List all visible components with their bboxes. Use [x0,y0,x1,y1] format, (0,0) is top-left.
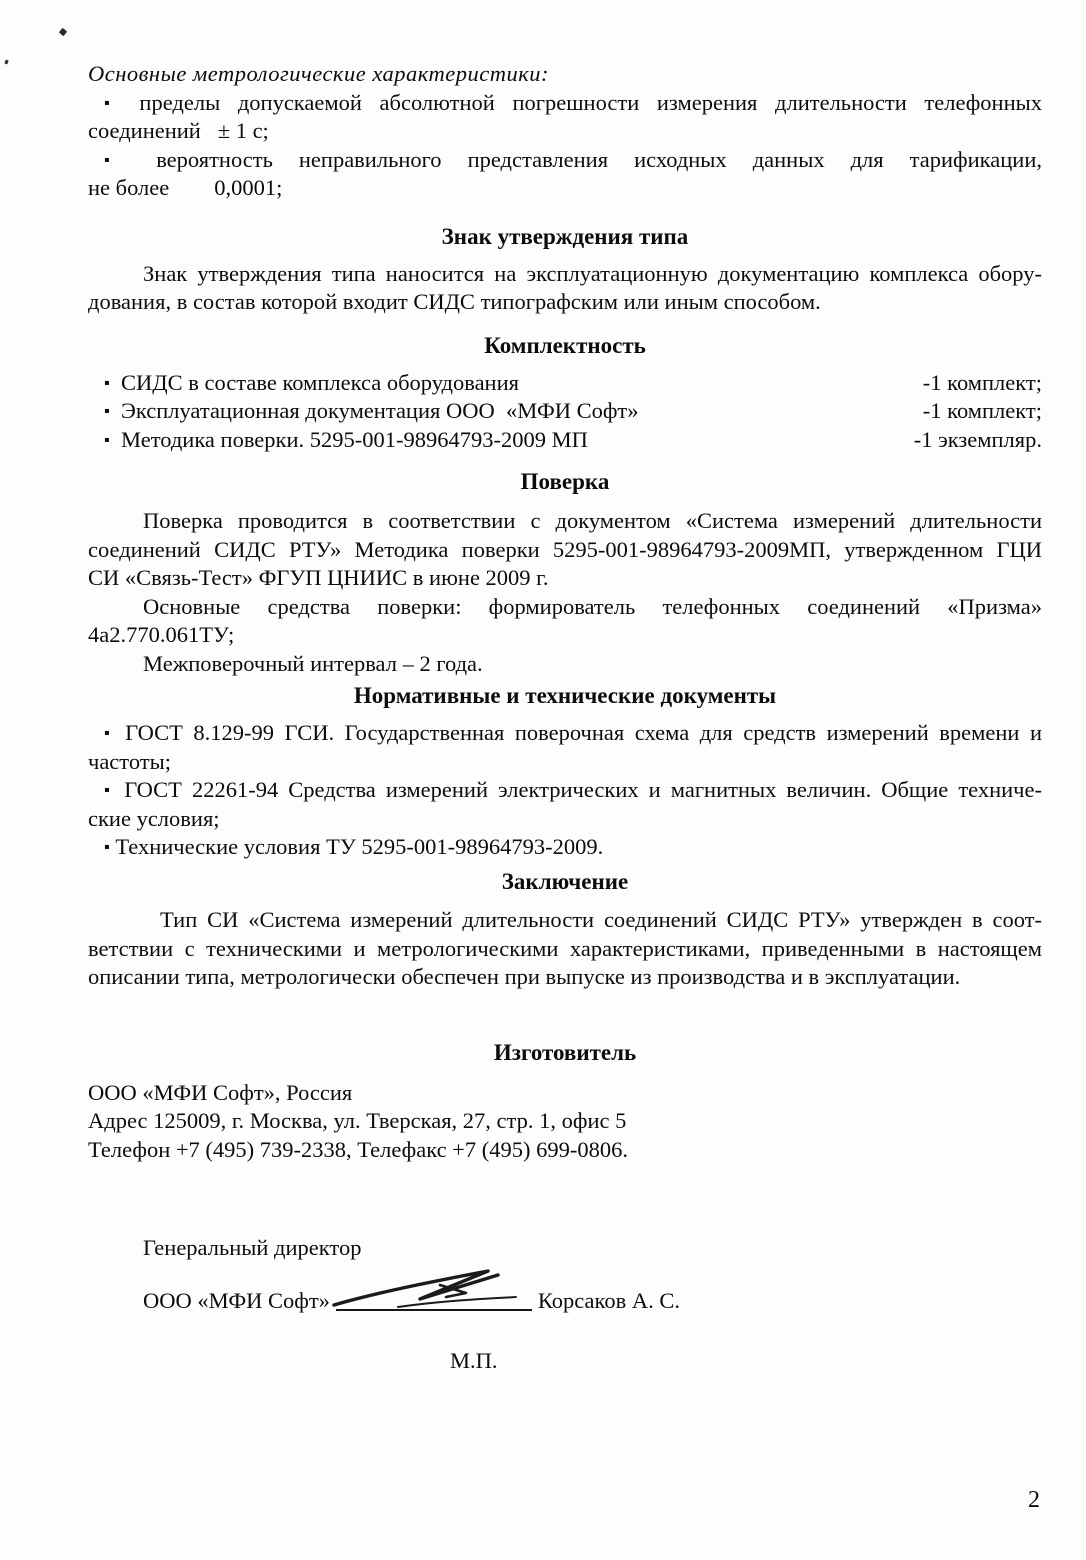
signature-line [336,1305,532,1311]
signature-scribble [320,1263,540,1315]
bullet-text: Технические условия ТУ 5295-001-98964793… [115,834,603,859]
documents-bullet-item: ▪ ГОСТ 8.129-99 ГСИ. Государственная пов… [88,719,1042,776]
conclusion-paragraph: Тип СИ «Система измерений длительности с… [88,906,1042,992]
completeness-label: Эксплуатационная документация ООО «МФИ С… [121,398,639,423]
manufacturer-address: Адрес 125009, г. Москва, ул. Тверская, 2… [88,1107,1042,1136]
intro-bullet-item: ▪ пределы допускаемой абсолютной погрешн… [88,89,1042,146]
documents-bullet-item: ▪ Технические условия ТУ 5295-001-989647… [88,833,1042,862]
completeness-row: ▪ СИДС в составе комплекса оборудования … [88,369,1042,398]
bullet-text-cont: не более 0,0001; [88,174,1042,203]
bullet-text: ГОСТ 22261-94 Средства измерений электри… [124,777,1042,802]
bullet-text-cont: ские условия; [88,805,1042,834]
bullet-text: ГОСТ 8.129-99 ГСИ. Государственная повер… [125,720,1042,745]
signature-role: Генеральный директор [88,1234,1042,1263]
bullet-icon: ▪ [104,402,110,420]
seal-mark: М.П. [88,1347,1042,1376]
completeness-row: ▪ Методика поверки. 5295-001-98964793-20… [88,426,1042,455]
manufacturer-company: ООО «МФИ Софт», Россия [88,1079,1042,1108]
verification-paragraph: Поверка проводится в соответствии с доку… [88,507,1042,593]
signature-org: ООО «МФИ Софт» [143,1287,330,1316]
type-mark-paragraph: Знак утверждения типа наносится на экспл… [88,260,1042,317]
bullet-text: вероятность неправильного представления … [156,147,1042,172]
page-number: 2 [1028,1486,1040,1515]
manufacturer-phone: Телефон +7 (495) 739-2338, Телефакс +7 (… [88,1136,1042,1165]
intro-bullet-item: ▪ вероятность неправильного представлени… [88,146,1042,203]
document-page: Основные метрологические характеристики:… [0,0,1086,1560]
section-title-manufacturer: Изготовитель [88,1038,1042,1067]
completeness-label: СИДС в составе комплекса оборудования [121,370,519,395]
bullet-text-cont: соединений ± 1 с; [88,117,1042,146]
bullet-icon: ▪ [104,781,114,799]
bullet-icon: ▪ [104,724,115,742]
completeness-row: ▪ Эксплуатационная документация ООО «МФИ… [88,397,1042,426]
scan-speck [4,60,8,65]
completeness-value: -1 комплект; [923,369,1042,398]
documents-bullet-item: ▪ ГОСТ 22261-94 Средства измерений элект… [88,776,1042,833]
bullet-text-cont: частоты; [88,748,1042,777]
bullet-text: пределы допускаемой абсолютной погрешнос… [139,90,1042,115]
section-intro-heading: Основные метрологические характеристики: [88,60,1042,89]
bullet-icon: ▪ [104,839,110,857]
bullet-icon: ▪ [104,431,110,449]
bullet-icon: ▪ [104,151,130,169]
section-title-type-mark: Знак утверждения типа [88,222,1042,251]
signature-row: ООО «МФИ Софт» Корсаков А. С. [88,1287,1042,1316]
section-title-completeness: Комплектность [88,331,1042,360]
signature-name: Корсаков А. С. [538,1287,680,1316]
bullet-icon: ▪ [104,374,110,392]
completeness-value: -1 комплект; [923,397,1042,426]
section-title-documents: Нормативные и технические документы [88,681,1042,710]
section-title-verification: Поверка [88,467,1042,496]
scan-speck [59,28,67,36]
section-title-conclusion: Заключение [88,867,1042,896]
verification-paragraph: Межповерочный интервал – 2 года. [88,650,1042,679]
page-content: Основные метрологические характеристики:… [88,60,1042,1376]
completeness-label: Методика поверки. 5295-001-98964793-2009… [121,427,588,452]
completeness-value: -1 экземпляр. [914,426,1042,455]
bullet-icon: ▪ [104,94,122,112]
verification-paragraph: Основные средства поверки: формирователь… [88,593,1042,650]
